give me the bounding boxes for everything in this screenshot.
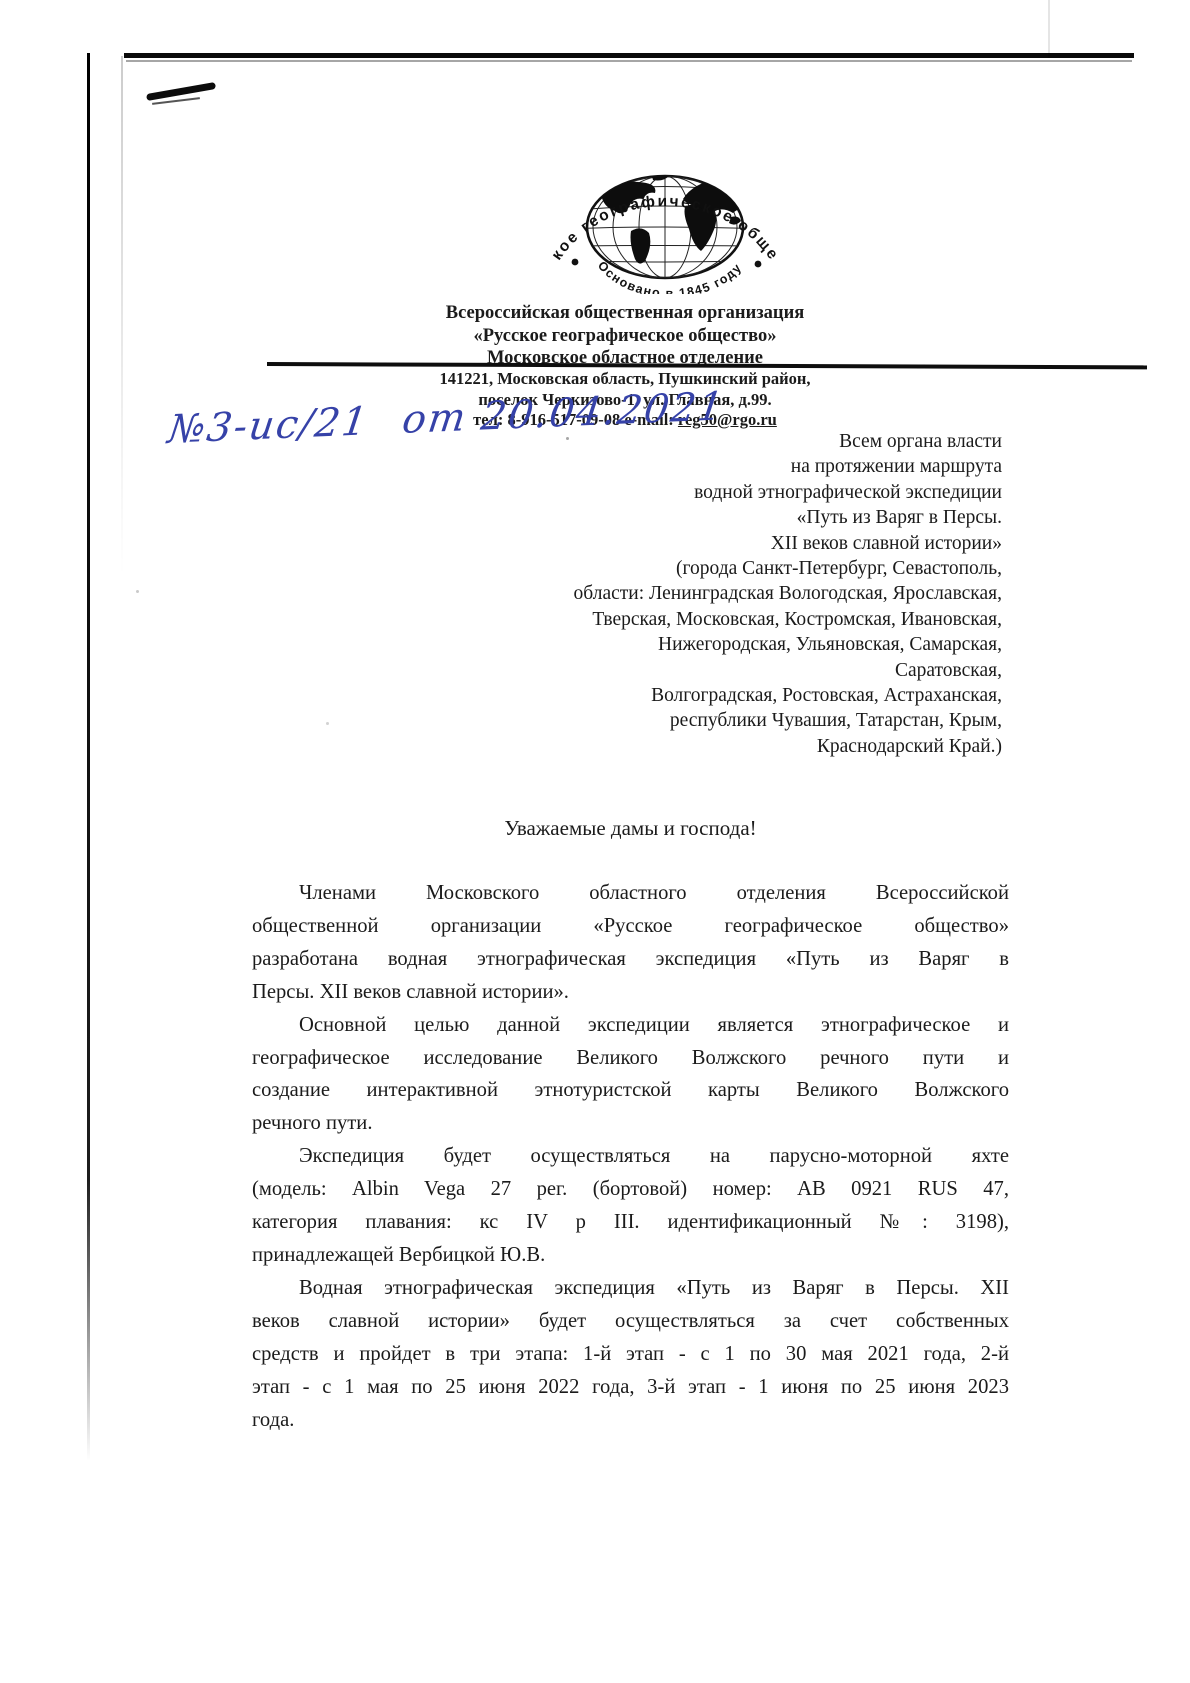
addressee-line: на протяжении маршрута xyxy=(560,454,1002,479)
globe-graphic: Русское географическое общество Основано… xyxy=(505,142,805,294)
body-line: этап - с 1 мая по 25 июня 2022 года, 3-й… xyxy=(252,1371,1009,1404)
body-line: Экспедиция будет осуществляться на парус… xyxy=(252,1140,1009,1173)
body-line: географическое исследование Великого Вол… xyxy=(252,1042,1009,1075)
body-line: создание интерактивной этнотуристской ка… xyxy=(252,1074,1009,1107)
scan-speck xyxy=(136,590,139,593)
addressee-line: Нижегородская, Ульяновская, Самарская, С… xyxy=(560,632,1002,683)
body-line: средств и пройдет в три этапа: 1-й этап … xyxy=(252,1338,1009,1371)
addressee-line: Всем органа власти xyxy=(560,429,1002,454)
scanned-letter-page: { "colors": { "ink": "#1b1b1b", "handwri… xyxy=(0,0,1190,1683)
body-paragraph-3: Экспедиция будет осуществляться на парус… xyxy=(252,1140,1009,1272)
addressee-block: Всем органа власти на протяжении маршрут… xyxy=(560,429,1002,759)
body-paragraph-4: Водная этнографическая экспедиция «Путь … xyxy=(252,1272,1009,1437)
body-line: веков славной истории» будет осуществлят… xyxy=(252,1305,1009,1338)
org-address-line-1: 141221, Московская область, Пушкинский р… xyxy=(130,369,1120,390)
addressee-line: области: Ленинградская Вологодская, Ярос… xyxy=(560,581,1002,606)
body-line: Водная этнографическая экспедиция «Путь … xyxy=(252,1272,1009,1305)
pen-mark xyxy=(146,82,216,101)
body-line: (модель: Albin Vega 27 рег. (бортовой) н… xyxy=(252,1173,1009,1206)
letter-body: Членами Московского областного отделения… xyxy=(252,877,1009,1436)
body-line: речного пути. xyxy=(252,1107,1009,1140)
addressee-line: (города Санкт-Петербург, Севастополь, xyxy=(560,556,1002,581)
body-line: принадлежащей Вербицкой Ю.В. xyxy=(252,1239,1009,1272)
body-line: Членами Московского областного отделения… xyxy=(252,877,1009,910)
salutation: Уважаемые дамы и господа! xyxy=(252,816,1009,841)
logo-bottom-arc-text-holder: Основано в 1845 году xyxy=(595,259,745,294)
globe-continents xyxy=(601,172,783,264)
body-line: Основной целью данной экспедиции являетс… xyxy=(252,1009,1009,1042)
body-line: категория плавания: кс IV р III. идентиф… xyxy=(252,1206,1009,1239)
scan-speck xyxy=(326,722,329,725)
org-name-line-1: Всероссийская общественная организация xyxy=(130,302,1120,325)
addressee-line: «Путь из Варяг в Персы. xyxy=(560,505,1002,530)
logo-bottom-arc-text: Основано в 1845 году xyxy=(595,259,745,294)
rgs-logo: Русское географическое общество Основано… xyxy=(505,142,805,294)
body-paragraph-2: Основной целью данной экспедиции являетс… xyxy=(252,1009,1009,1141)
addressee-line: Краснодарский Край.) xyxy=(560,734,1002,759)
addressee-line: Тверская, Московская, Костромская, Ивано… xyxy=(560,607,1002,632)
body-paragraph-1: Членами Московского областного отделения… xyxy=(252,877,1009,1009)
addressee-line: водной этнографической экспедиции xyxy=(560,480,1002,505)
scan-edge-vertical-line xyxy=(87,53,90,1461)
body-line: общественной организации «Русское геогра… xyxy=(252,910,1009,943)
scan-edge-top-line xyxy=(124,53,1134,58)
org-name-line-2: «Русское географическое общество» xyxy=(130,325,1120,348)
scan-right-edge-shadow xyxy=(1048,0,1050,58)
body-line: разработана водная этнографическая экспе… xyxy=(252,943,1009,976)
letterhead-org-block: Всероссийская общественная организация «… xyxy=(130,302,1120,370)
logo-right-dot xyxy=(755,261,762,268)
scan-edge-top-line-secondary xyxy=(126,60,1132,62)
body-line: года. xyxy=(252,1404,1009,1437)
body-line: Персы. XII веков славной истории». xyxy=(252,976,1009,1009)
addressee-line: Волгоградская, Ростовская, Астраханская, xyxy=(560,683,1002,708)
logo-left-dot xyxy=(572,259,579,266)
handwritten-ref-number: №3-ис/21 xyxy=(165,399,371,453)
page-left-edge-shadow xyxy=(121,56,123,576)
addressee-line: республики Чувашия, Татарстан, Крым, xyxy=(560,708,1002,733)
addressee-line: XII веков славной истории» xyxy=(560,531,1002,556)
